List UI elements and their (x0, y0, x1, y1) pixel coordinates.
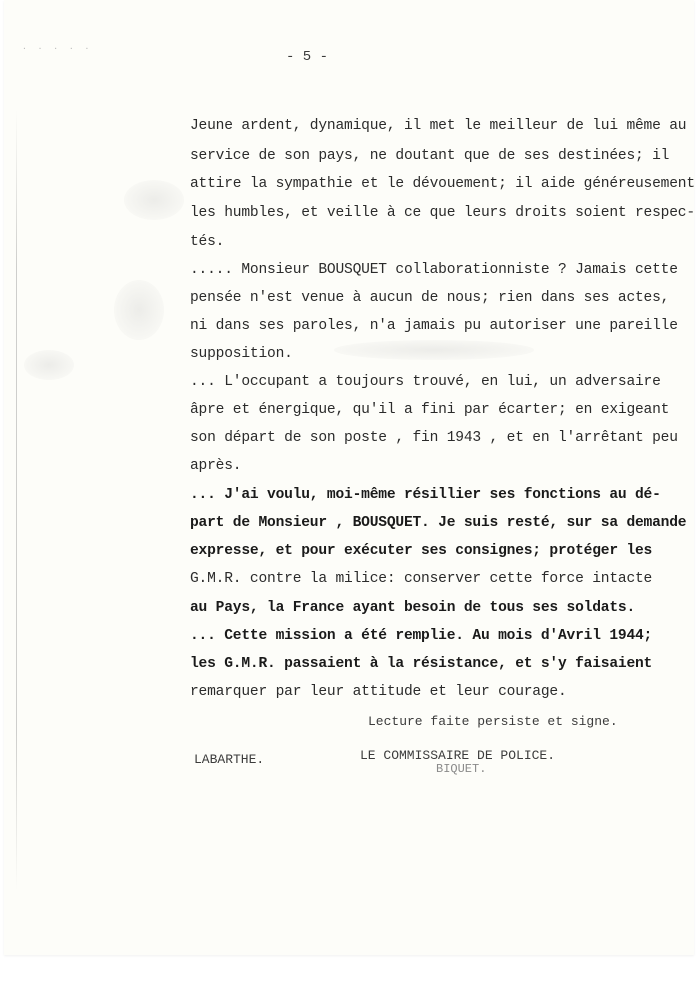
bleed-through-mark (124, 180, 184, 220)
signature-right-name: BIQUET. (436, 762, 486, 776)
bleed-through-mark (24, 350, 74, 380)
closing-statement: Lecture faite persiste et signe. (368, 714, 618, 729)
bleed-through-mark (334, 340, 534, 360)
signature-left: LABARTHE. (194, 752, 264, 767)
body-line: expresse, et pour exécuter ses consignes… (190, 543, 652, 559)
bleed-through-mark (114, 280, 164, 340)
body-line: part de Monsieur , BOUSQUET. Je suis res… (190, 515, 686, 531)
body-line: remarquer par leur attitude et leur cour… (190, 684, 567, 700)
body-line: ... L'occupant a toujours trouvé, en lui… (190, 374, 661, 390)
body-line: les humbles, et veille à ce que leurs dr… (190, 205, 695, 221)
body-line: âpre et énergique, qu'il a fini par écar… (190, 402, 669, 418)
body-line: attire la sympathie et le dévouement; il… (190, 176, 695, 192)
body-line: les G.M.R. passaient à la résistance, et… (190, 656, 652, 672)
body-line: Jeune ardent, dynamique, il met le meill… (190, 118, 686, 134)
body-line: au Pays, la France ayant besoin de tous … (190, 600, 635, 616)
margin-marks: . . . . . (22, 42, 92, 51)
body-line: ... J'ai voulu, moi-même résillier ses f… (190, 487, 661, 503)
page-number: - 5 - (286, 49, 328, 65)
body-line: son départ de son poste , fin 1943 , et … (190, 430, 678, 446)
document-page: . . . . . - 5 - Jeune ardent, dynamique,… (4, 0, 694, 955)
body-line: pensée n'est venue à aucun de nous; rien… (190, 290, 669, 306)
signature-right-title: LE COMMISSAIRE DE POLICE. (360, 748, 555, 763)
body-line: tés. (190, 234, 224, 250)
body-line: ... Cette mission a été remplie. Au mois… (190, 628, 652, 644)
body-line: ..... Monsieur BOUSQUET collaborationnis… (190, 262, 678, 278)
body-line: supposition. (190, 346, 293, 362)
body-line: après. (190, 458, 241, 474)
page-edge-shadow (16, 110, 17, 890)
body-line: service de son pays, ne doutant que de s… (190, 148, 669, 164)
body-line: G.M.R. contre la milice: conserver cette… (190, 571, 652, 587)
body-line: ni dans ses paroles, n'a jamais pu autor… (190, 318, 678, 334)
